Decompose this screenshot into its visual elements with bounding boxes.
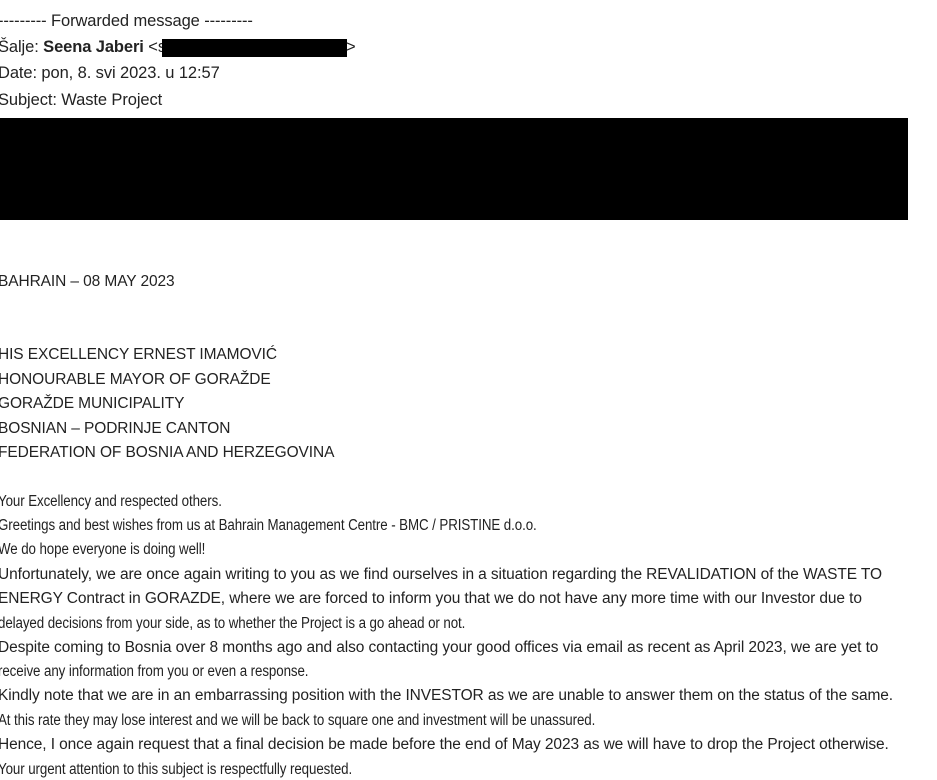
- addressee-line: GORAŽDE MUNICIPALITY: [0, 394, 184, 414]
- subject-line: Subject: Waste Project: [0, 90, 162, 110]
- body-line: Your Excellency and respected others.: [0, 492, 222, 512]
- body-line: Unfortunately, we are once again writing…: [0, 565, 882, 585]
- body-line: receive any information from you or even…: [0, 662, 308, 682]
- from-label: Šalje:: [0, 38, 39, 56]
- sender-email-open: <: [148, 38, 158, 56]
- body-line: We do hope everyone is doing well!: [0, 540, 205, 560]
- addressee-line: BOSNIAN – PODRINJE CANTON: [0, 419, 230, 439]
- body-line: Kindly note that we are in an embarrassi…: [0, 686, 893, 706]
- body-line: Your urgent attention to this subject is…: [0, 760, 352, 780]
- addressee-line: FEDERATION OF BOSNIA AND HERZEGOVINA: [0, 443, 334, 463]
- sender-email-close: >: [346, 37, 356, 57]
- forward-header: --------- Forwarded message ---------: [0, 11, 253, 31]
- redaction-sender-email: [162, 39, 347, 57]
- body-line: delayed decisions from your side, as to …: [0, 614, 465, 634]
- letter-dateline: BAHRAIN – 08 MAY 2023: [0, 272, 175, 292]
- redaction-recipients-block: [0, 118, 908, 220]
- addressee-line: HONOURABLE MAYOR OF GORAŽDE: [0, 370, 271, 390]
- sender-name: Seena Jaberi: [43, 38, 144, 56]
- body-line: Hence, I once again request that a final…: [0, 735, 889, 755]
- body-line: Greetings and best wishes from us at Bah…: [0, 516, 537, 536]
- body-line: ENERGY Contract in GORAZDE, where we are…: [0, 589, 862, 609]
- from-line: Šalje: Seena Jaberi <s: [0, 37, 166, 57]
- date-line: Date: pon, 8. svi 2023. u 12:57: [0, 63, 220, 83]
- body-line: At this rate they may lose interest and …: [0, 711, 595, 731]
- body-line: Despite coming to Bosnia over 8 months a…: [0, 638, 878, 658]
- addressee-line: HIS EXCELLENCY ERNEST IMAMOVIĆ: [0, 345, 277, 365]
